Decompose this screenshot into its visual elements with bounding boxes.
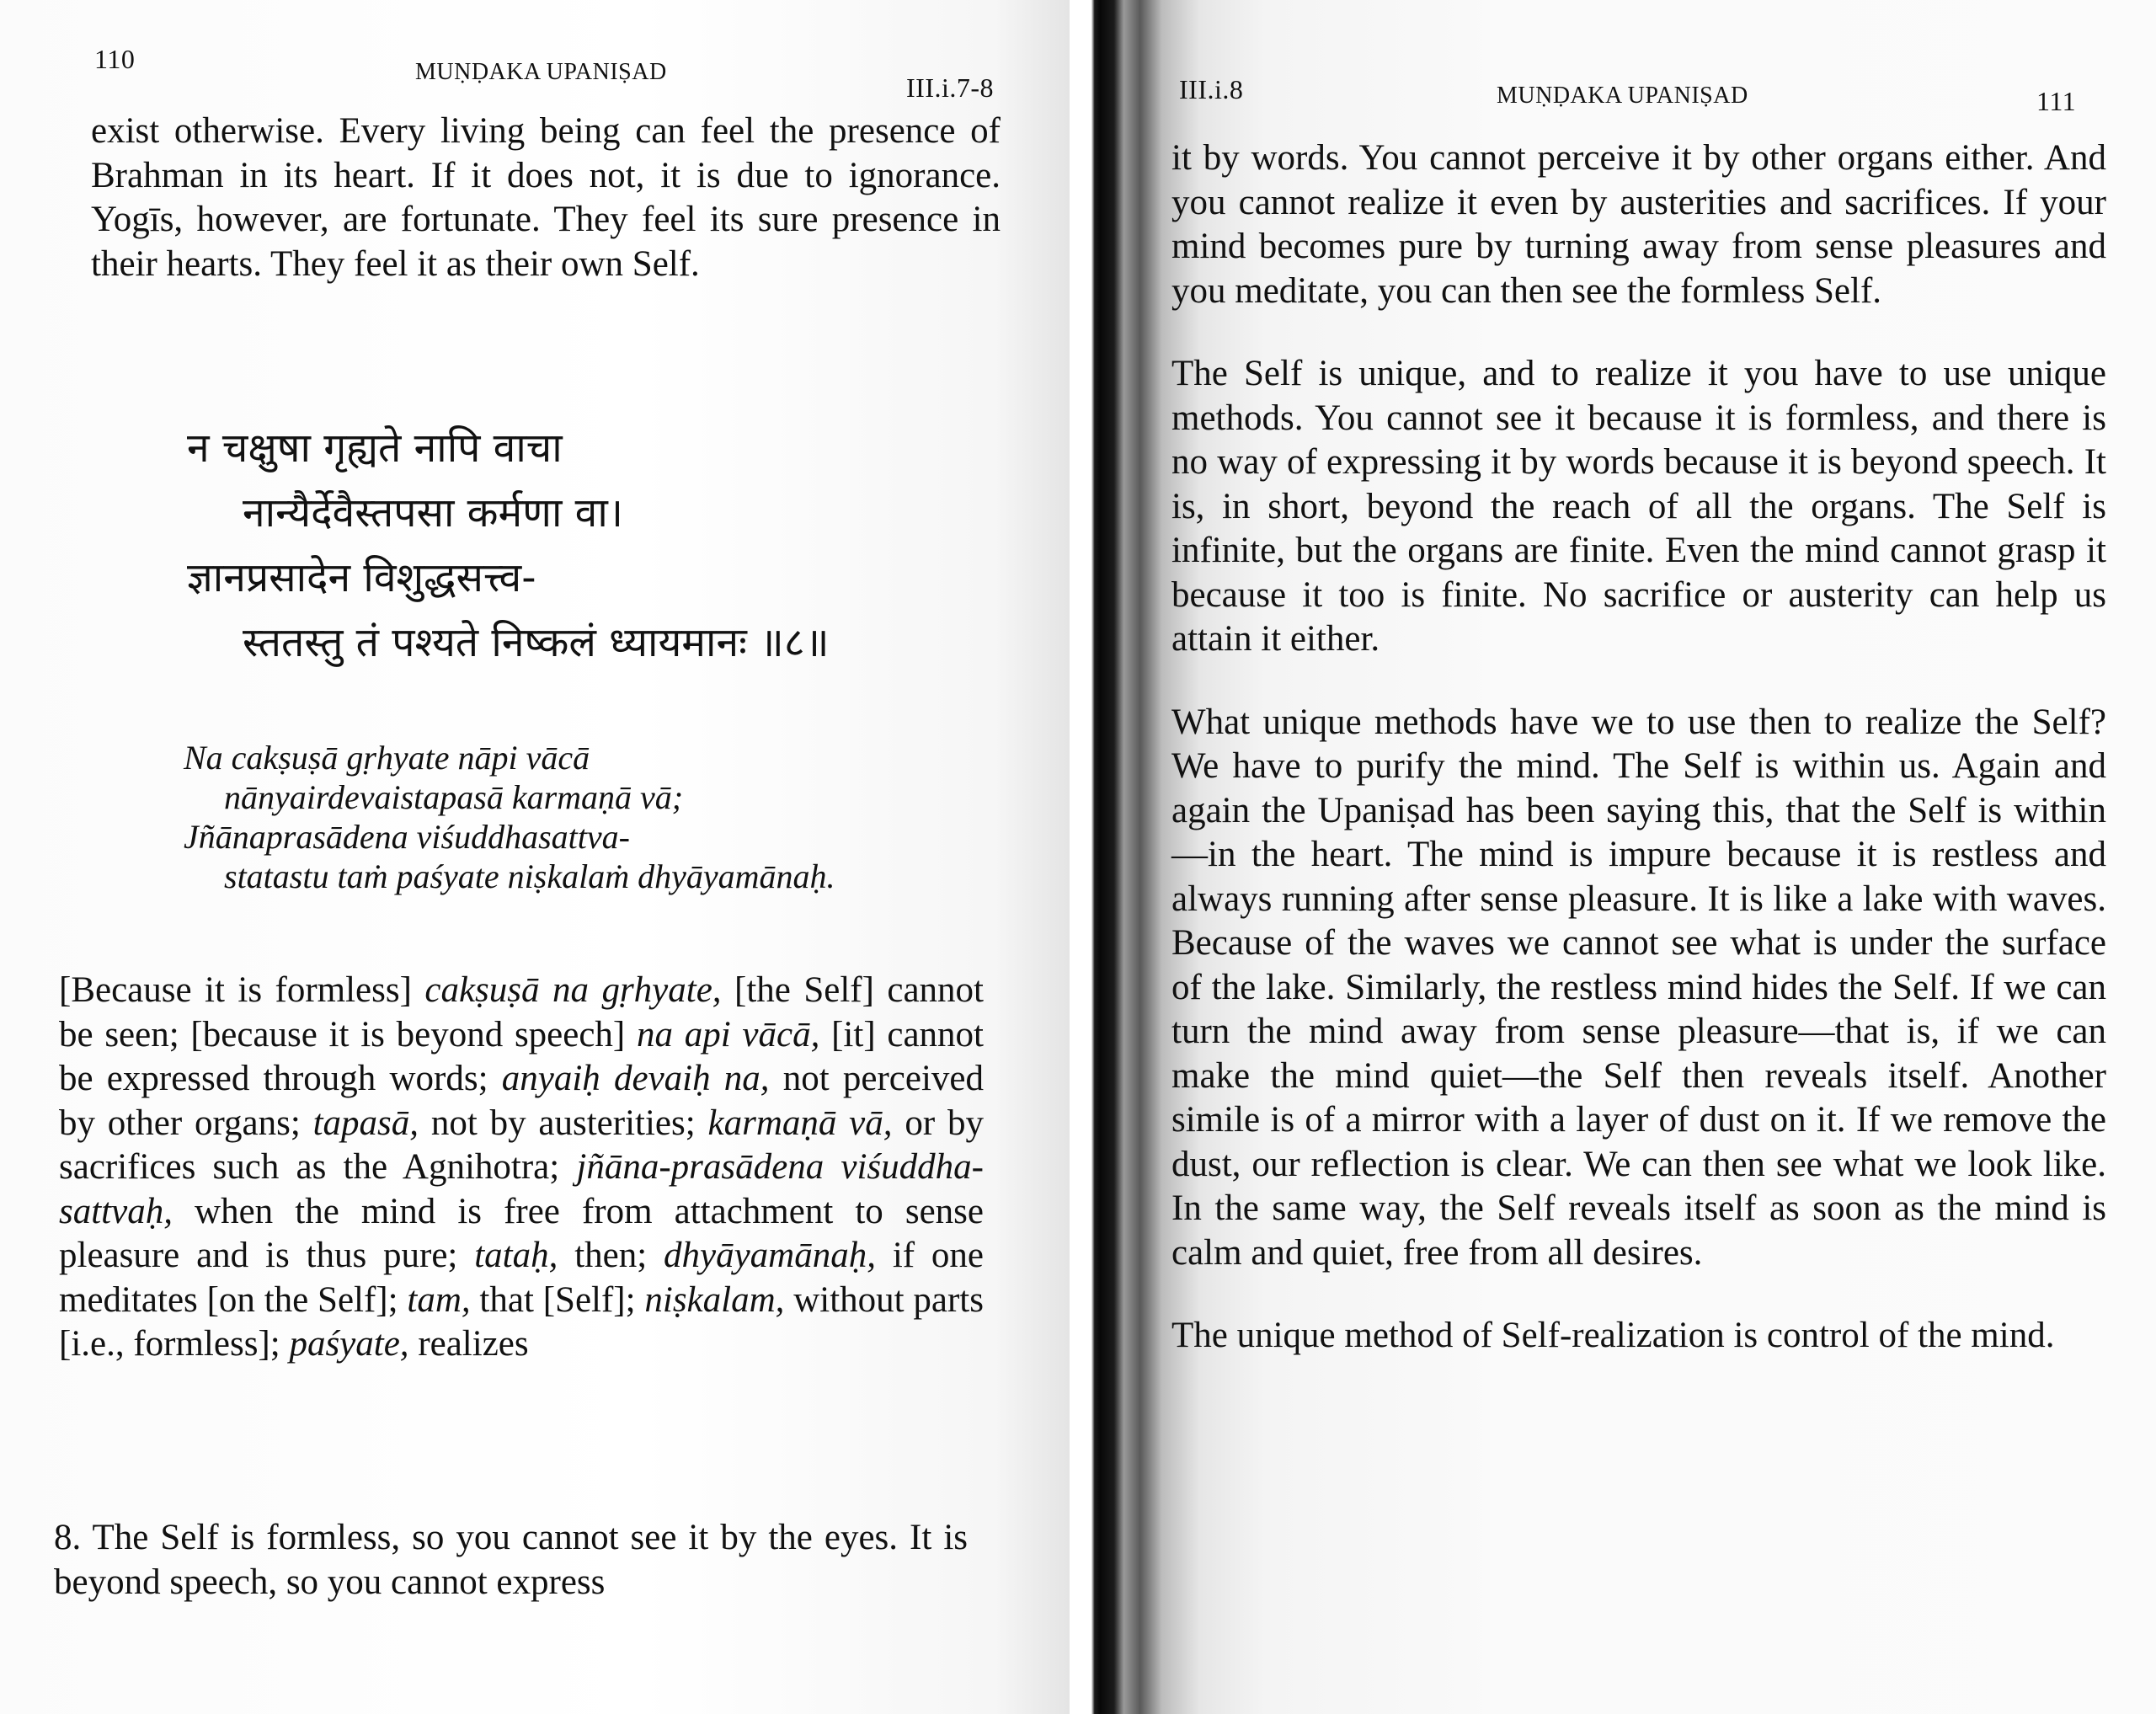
paragraph: What unique methods have we to use then …: [1171, 701, 2106, 1276]
running-title: MUṆḌAKA UPANIṢAD: [1497, 83, 1748, 109]
paragraph: it by words. You cannot perceive it by o…: [1171, 136, 2106, 313]
right-body: it by words. You cannot perceive it by o…: [1171, 136, 2106, 1359]
commentary-paragraph: 8. The Self is formless, so you cannot s…: [54, 1516, 968, 1605]
paragraph: The Self is unique, and to realize it yo…: [1171, 352, 2106, 662]
gloss-paragraph: [Because it is formless] cakṣuṣā na gṛhy…: [59, 969, 984, 1367]
translit-line: statastu taṁ paśyate niṣkalaṁ dhyāyamāna…: [184, 857, 835, 896]
devanagari-verse: न चक्षुषा गृह्यते नापि वाचा नान्यैर्देवै…: [187, 416, 830, 675]
transliteration: Na cakṣuṣā gṛhyate nāpi vācā nānyairdeva…: [184, 738, 835, 896]
sanskrit-term: tapasā,: [313, 1103, 419, 1143]
sanskrit-term: anyaiḥ devaiḥ na,: [502, 1059, 770, 1098]
sanskrit-term: niṣkalam,: [644, 1280, 784, 1320]
gloss-text: then;: [558, 1236, 664, 1275]
sanskrit-term: karmaṇā vā,: [708, 1103, 893, 1143]
running-title: MUṆḌAKA UPANIṢAD: [415, 59, 667, 86]
page-number: 110: [94, 44, 135, 75]
gloss-text: that [Self];: [471, 1280, 645, 1320]
gloss-text: [Because it is formless]: [59, 970, 424, 1010]
intro-paragraph: exist otherwise. Every living being can …: [91, 109, 1001, 286]
gloss-text: not by austerities;: [419, 1103, 707, 1143]
verse-line: स्ततस्तु तं पश्यते निष्कलं ध्यायमानः ॥८॥: [187, 611, 830, 675]
section-reference: III.i.8: [1179, 74, 1243, 105]
sanskrit-term: tataḥ,: [474, 1236, 558, 1275]
verse-line: ज्ञानप्रसादेन विशुद्धसत्त्व-: [187, 546, 830, 611]
section-reference: III.i.7-8: [906, 72, 994, 104]
sanskrit-term: tam,: [407, 1280, 470, 1320]
verse-line: न चक्षुषा गृह्यते नापि वाचा: [187, 416, 830, 481]
translit-line: Na cakṣuṣā gṛhyate nāpi vācā: [184, 738, 835, 777]
page-number: 111: [2036, 86, 2076, 117]
sanskrit-term: cakṣuṣā na gṛhyate,: [424, 970, 721, 1010]
translit-line: Jñānaprasādena viśuddhasattva-: [184, 817, 835, 857]
left-page: 110 MUṆḌAKA UPANIṢAD III.i.7-8 exist oth…: [0, 0, 1070, 1714]
sanskrit-term: dhyāyamānaḥ,: [664, 1236, 876, 1275]
gloss-text: realizes: [409, 1324, 529, 1364]
sanskrit-term: paśyate,: [289, 1324, 408, 1364]
translit-line: nānyairdevaistapasā karmaṇā vā;: [184, 777, 835, 817]
verse-line: नान्यैर्देवैस्तपसा कर्मणा वा।: [187, 481, 830, 546]
paragraph: The unique method of Self-realization is…: [1171, 1314, 2106, 1359]
right-page: III.i.8 MUṆḌAKA UPANIṢAD 111 it by words…: [1070, 0, 2156, 1714]
word-gloss: [Because it is formless] cakṣuṣā na gṛhy…: [59, 969, 984, 1367]
sanskrit-term: na api vācā,: [637, 1015, 819, 1055]
